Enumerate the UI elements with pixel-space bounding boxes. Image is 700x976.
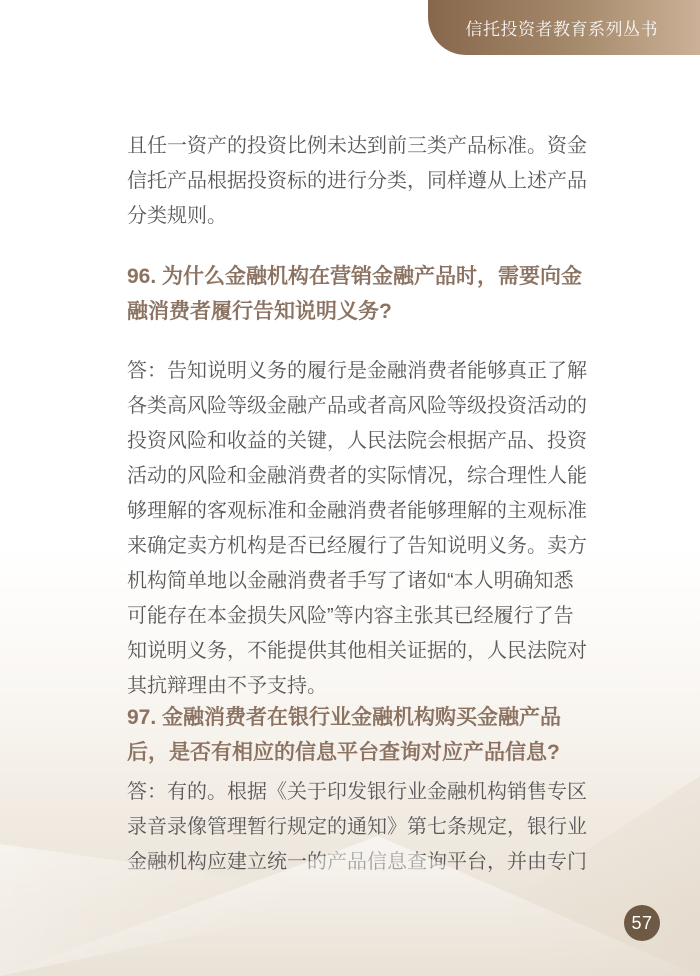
intro-paragraph: 且任一资产的投资比例未达到前三类产品标准。资金 信托产品根据投资标的进行分类，同… [127, 129, 627, 234]
question-96-answer: 答：告知说明义务的履行是金融消费者能够真正了解 各类高风险等级金融产品或者高风险… [127, 354, 627, 704]
page-number-badge: 57 [624, 905, 660, 941]
running-header: 信托投资者教育系列丛书 [428, 0, 700, 55]
series-title: 信托投资者教育系列丛书 [466, 15, 659, 40]
question-96-heading: 96. 为什么金融机构在营销金融产品时，需要向金 融消费者履行告知说明义务? [127, 259, 627, 329]
question-97-answer: 答：有的。根据《关于印发银行业金融机构销售专区 录音录像管理暂行规定的通知》第七… [127, 775, 627, 880]
question-97-heading: 97. 金融消费者在银行业金融机构购买金融产品 后，是否有相应的信息平台查询对应… [127, 700, 627, 770]
book-page: 信托投资者教育系列丛书 且任一资产的投资比例未达到前三类产品标准。资金 信托产品… [0, 0, 700, 976]
